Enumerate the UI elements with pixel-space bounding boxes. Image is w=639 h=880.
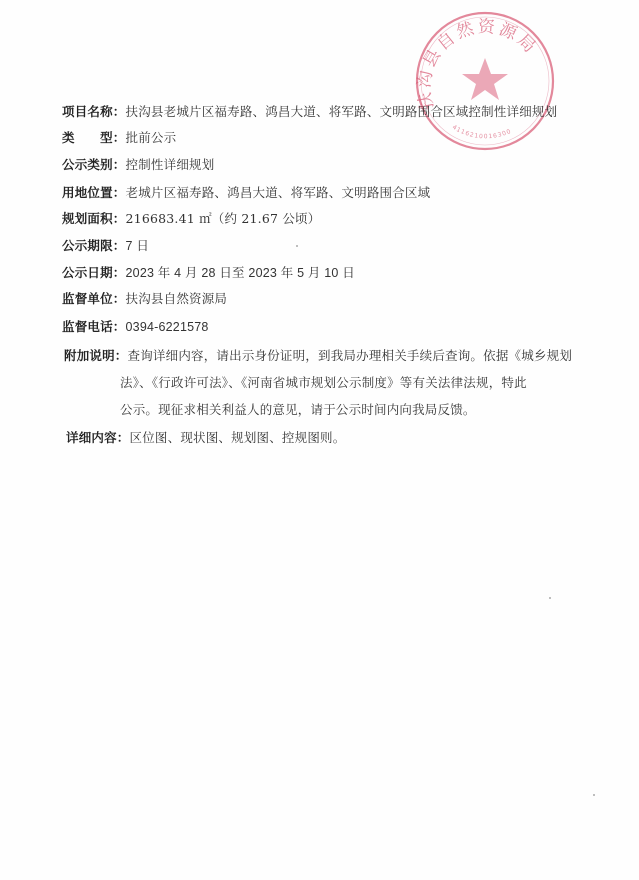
field-value: 0394-6221578: [126, 320, 209, 334]
field-label: 监督单位：: [62, 291, 126, 306]
scan-speck: [549, 597, 551, 599]
document-page: 扶沟县自然资源局 4116210016300 项目名称：扶沟县老城片区福寿路、鸿…: [0, 0, 639, 880]
field-label: 项目名称：: [62, 104, 126, 119]
field-label: 用地位置：: [62, 185, 126, 200]
field-area: 规划面积：216683.41 ㎡（约 21.67 公顷）: [62, 211, 320, 227]
field-label: 监督电话：: [62, 319, 126, 334]
field-details: 详细内容：区位图、现状图、规划图、控规图则。: [66, 430, 345, 446]
svg-text:扶沟县自然资源局: 扶沟县自然资源局: [414, 17, 541, 111]
field-label: 规划面积：: [62, 211, 126, 226]
field-value: 216683.41 ㎡（约 21.67 公顷）: [126, 211, 321, 226]
field-location: 用地位置：老城片区福寿路、鸿昌大道、将军路、文明路围合区域: [62, 185, 430, 201]
official-seal-icon: 扶沟县自然资源局 4116210016300: [412, 8, 558, 154]
field-value: 控制性详细规划: [126, 157, 215, 172]
field-value: 7 日: [126, 239, 150, 253]
field-period: 公示期限：7 日: [62, 238, 149, 254]
seal-number: 4116210016300: [451, 124, 513, 141]
field-value: 区位图、现状图、规划图、控规图则。: [130, 430, 346, 445]
field-project-name: 项目名称：扶沟县老城片区福寿路、鸿昌大道、将军路、文明路围合区域控制性详细规划: [62, 104, 557, 120]
field-label: 详细内容：: [66, 430, 130, 445]
svg-text:4116210016300: 4116210016300: [451, 124, 513, 141]
field-supervisor: 监督单位：扶沟县自然资源局: [62, 291, 227, 307]
scan-speck: [296, 245, 298, 247]
field-type: 类 型：批前公示: [62, 130, 176, 146]
field-label: 公示期限：: [62, 238, 126, 253]
field-value: 批前公示: [126, 130, 177, 145]
field-dates: 公示日期：2023 年 4 月 28 日至 2023 年 5 月 10 日: [62, 265, 355, 281]
field-value: 2023 年 4 月 28 日至 2023 年 5 月 10 日: [126, 266, 355, 280]
field-label: 附加说明：: [64, 348, 128, 363]
field-value: 扶沟县自然资源局: [126, 291, 228, 306]
field-notes-line-3: 公示。现征求相关利益人的意见，请于公示时间内向我局反馈。: [120, 402, 476, 418]
field-notes-line-2: 法》、《行政许可法》、《河南省城市规划公示制度》等有关法律法规，特此: [120, 375, 527, 391]
field-category: 公示类别：控制性详细规划: [62, 157, 214, 173]
field-label: 公示日期：: [62, 265, 126, 280]
field-value: 老城片区福寿路、鸿昌大道、将军路、文明路围合区域: [126, 185, 431, 200]
field-label: 公示类别：: [62, 157, 126, 172]
field-phone: 监督电话：0394-6221578: [62, 319, 209, 335]
seal-text: 扶沟县自然资源局: [414, 17, 541, 111]
field-notes: 附加说明：查询详细内容，请出示身份证明，到我局办理相关手续后查询。依据《城乡规划: [64, 348, 572, 364]
field-label: 类 型：: [62, 130, 126, 145]
scan-speck: [593, 794, 595, 796]
field-value: 扶沟县老城片区福寿路、鸿昌大道、将军路、文明路围合区域控制性详细规划: [126, 104, 558, 119]
field-value: 查询详细内容，请出示身份证明，到我局办理相关手续后查询。依据《城乡规划: [128, 348, 573, 363]
